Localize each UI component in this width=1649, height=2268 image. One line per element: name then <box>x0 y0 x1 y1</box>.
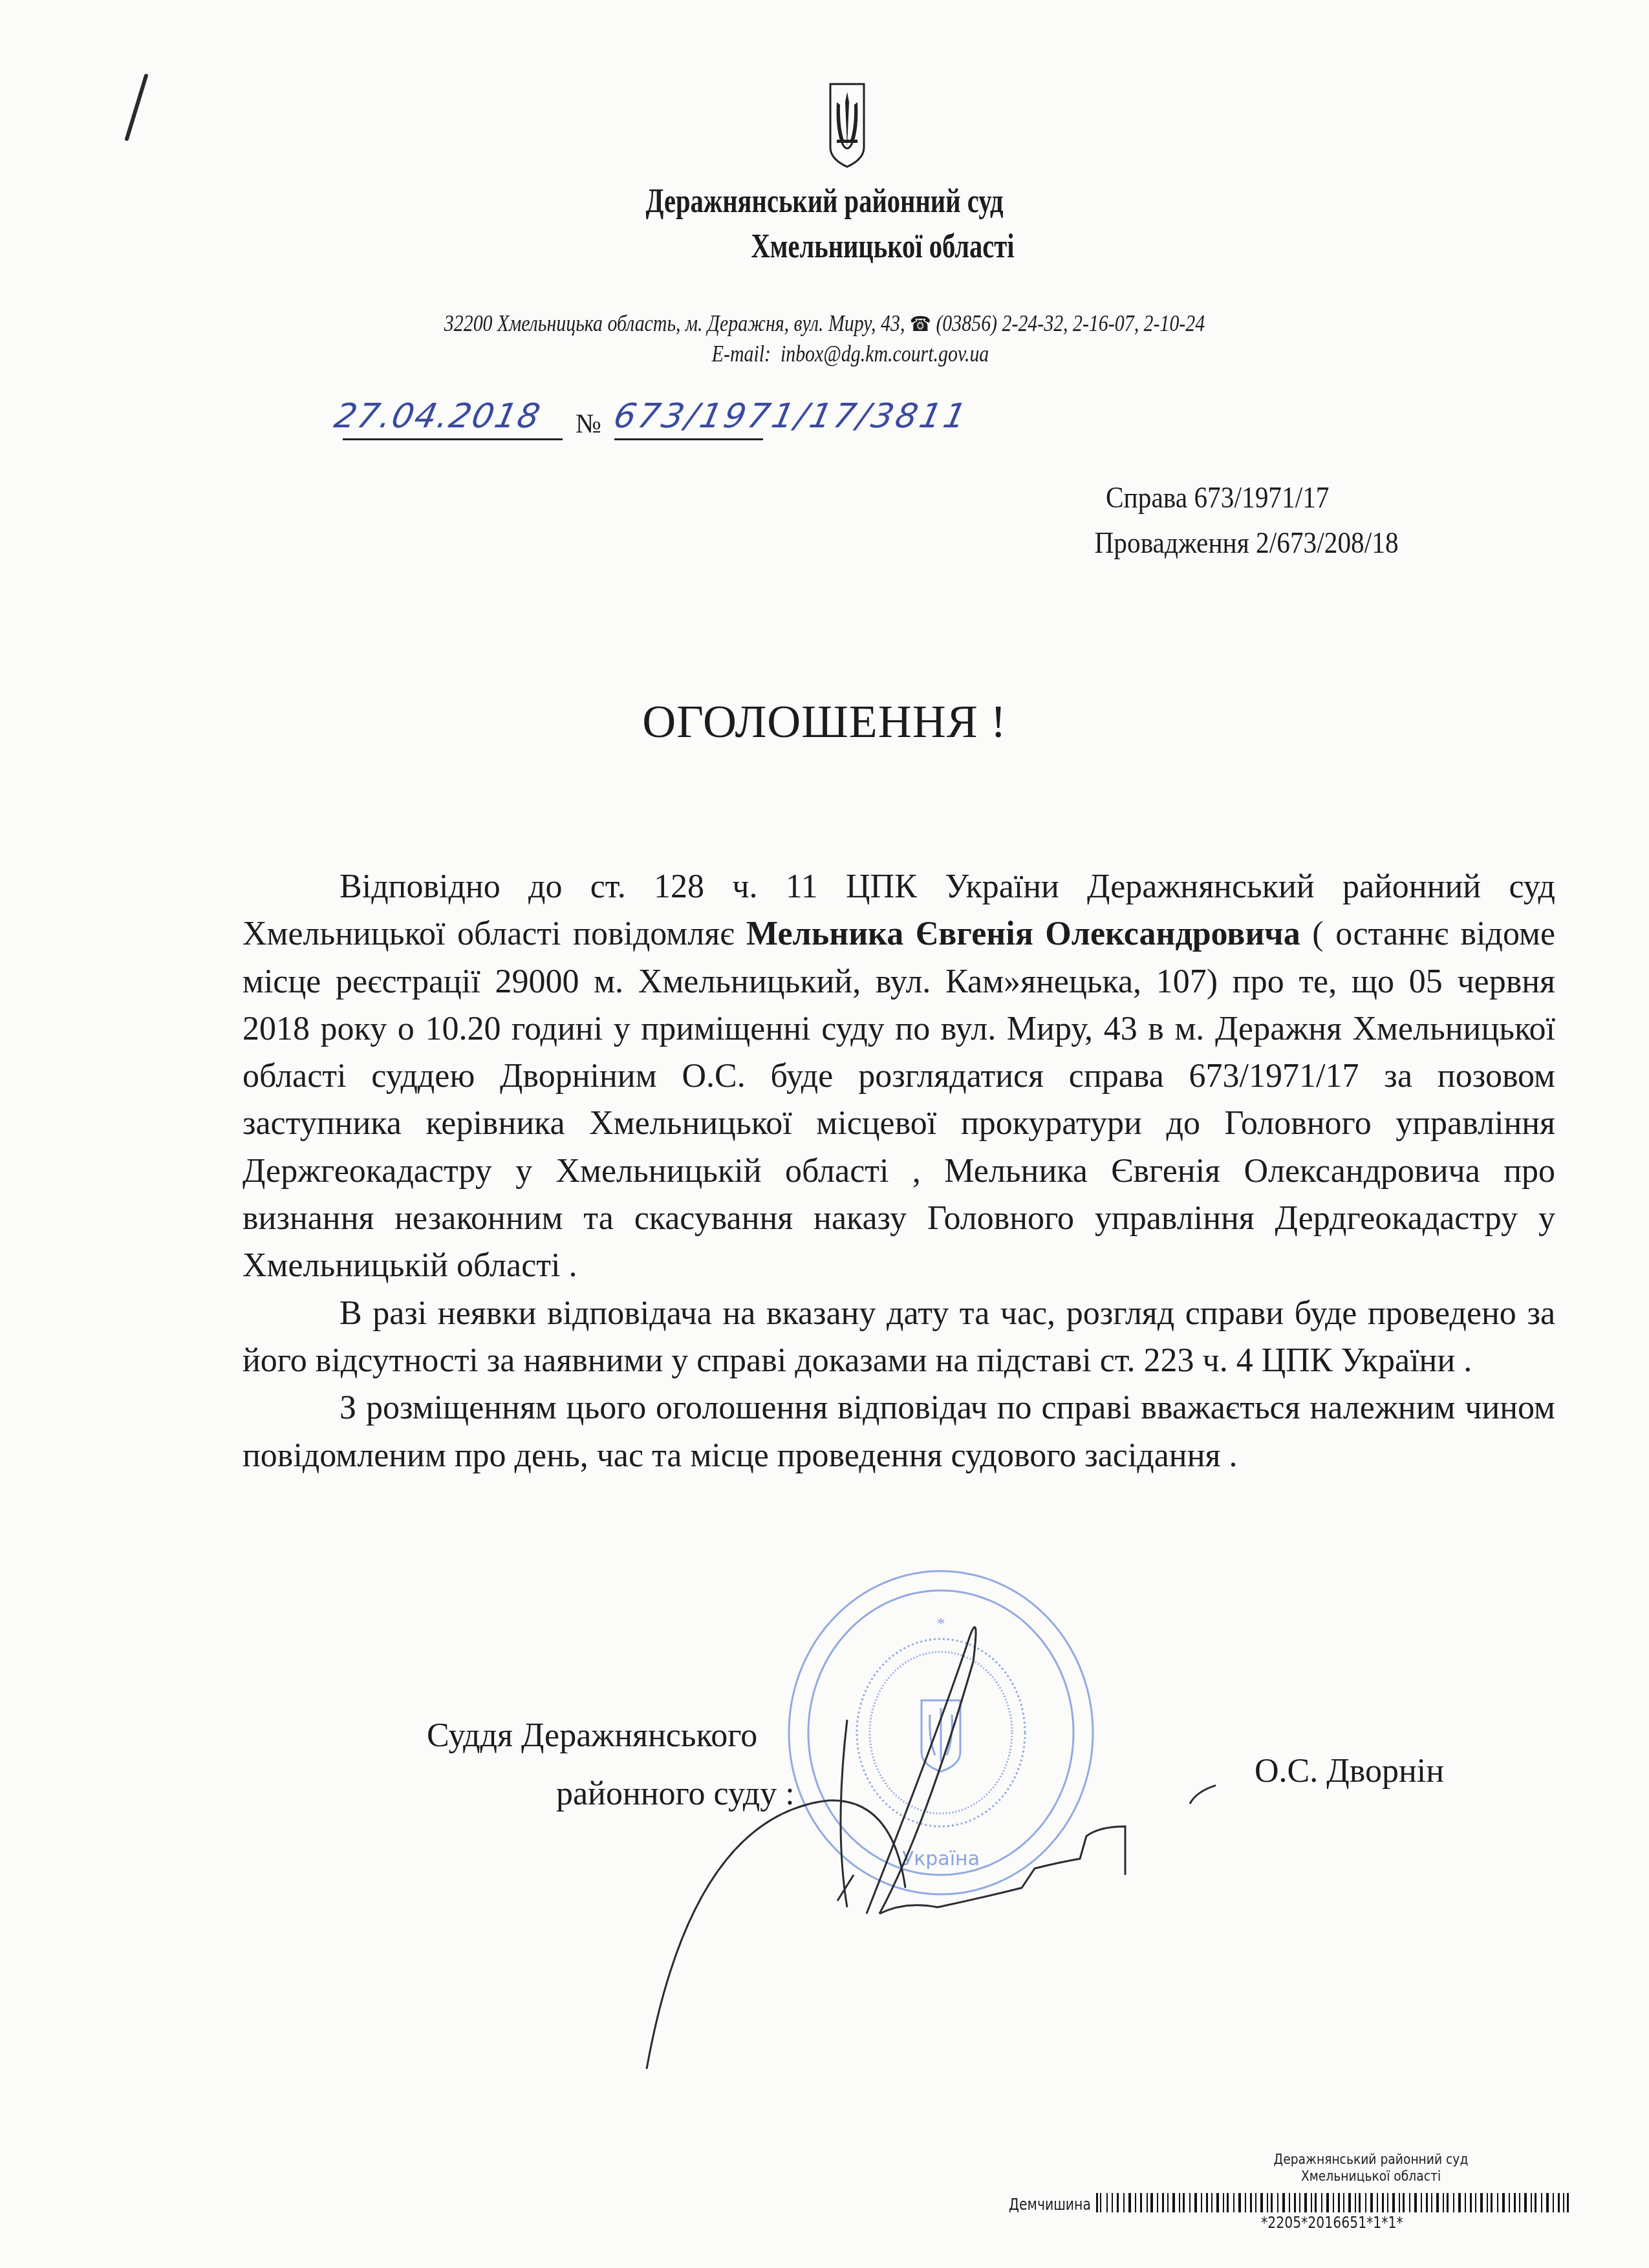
notice-title: ОГОЛОШЕННЯ ! <box>0 695 1649 749</box>
number-underline <box>614 438 763 440</box>
phone-numbers: (03856) 2-24-32, 2-16-07, 2-10-24 <box>936 310 1205 336</box>
clerk-name: Демчишина <box>1009 2197 1091 2212</box>
address-text: 32200 Хмельницька область, м. Деражня, в… <box>444 310 905 336</box>
signature-title-line2: районного суду : <box>556 1765 795 1823</box>
registration-line: 27.04.2018 № 673/1971/17/3811 <box>330 394 1041 446</box>
judge-name: О.С. Дворнін <box>1255 1752 1444 1790</box>
barcode-text: *2205*2016651*1*1* <box>1261 2214 1403 2232</box>
footer-court-line2: Хмельницької області <box>1234 2168 1509 2185</box>
email-label: E-mail: <box>712 341 771 367</box>
registration-number: 673/1971/17/3811 <box>610 397 972 436</box>
barcode-icon <box>1096 2193 1571 2212</box>
handwritten-signature-icon <box>634 1603 1216 2069</box>
footer-court: Деражнянський районний суд Хмельницької … <box>1234 2152 1509 2185</box>
footer-barcode-row: Демчишина <box>1009 2193 1571 2212</box>
court-email: E-mail: inbox@dg.km.court.gov.ua <box>166 337 1535 370</box>
p1-text-b: ( останнє відоме місце реєстрації 29000 … <box>242 915 1555 1284</box>
notice-body: Відповідно до ст. 128 ч. 11 ЦПК України … <box>242 863 1555 1479</box>
court-address: 32200 Хмельницька область, м. Деражня, в… <box>140 307 1509 340</box>
case-info: Справа 673/1971/17 Провадження 2/673/208… <box>1106 475 1399 566</box>
paragraph-3: З розміщенням цього оголошення відповіда… <box>242 1384 1555 1479</box>
court-name-line1: Деражнянський районний суд <box>182 181 1468 222</box>
ukraine-trident-emblem-icon <box>829 83 865 168</box>
paragraph-1: Відповідно до ст. 128 ч. 11 ЦПК України … <box>242 863 1555 1290</box>
footer-court-line1: Деражнянський районний суд <box>1234 2152 1509 2168</box>
defendant-name: Мельника Євгенія Олександровича <box>746 915 1300 952</box>
pen-mark <box>124 73 148 141</box>
court-name-line2: Хмельницької області <box>240 226 1526 268</box>
date-underline <box>343 438 563 440</box>
signature-title: Суддя Деражнянського районного суду : <box>427 1707 795 1823</box>
registration-date: 27.04.2018 <box>331 397 544 436</box>
signature-title-line1: Суддя Деражнянського <box>427 1707 795 1765</box>
number-label: № <box>576 409 601 440</box>
paragraph-2: В разі неявки відповідача на вказану дат… <box>242 1290 1555 1385</box>
phone-icon: ☎ <box>910 312 931 336</box>
proceeding-number: Провадження 2/673/208/18 <box>1094 520 1398 566</box>
case-number: Справа 673/1971/17 <box>1106 475 1399 520</box>
email-link[interactable]: inbox@dg.km.court.gov.ua <box>781 341 989 367</box>
